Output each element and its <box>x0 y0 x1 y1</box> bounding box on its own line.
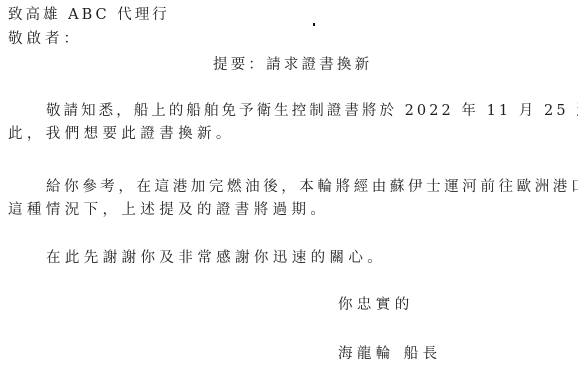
paragraph-1-line-1: 敬請知悉，船上的船舶免予衛生控制證書將於 2022 年 11 月 25 過期，在 <box>46 103 578 119</box>
salutation-line: 敬啟者： <box>8 31 82 47</box>
recipient-line: 致高雄 ABC 代理行 <box>8 7 170 23</box>
paragraph-2-line-1: 給你參考，在這港加完燃油後，本輪將經由蘇伊士運河前往歐洲港口。在 <box>46 179 578 195</box>
paragraph-1-line-2: 此，我們想要此證書換新。 <box>8 126 235 142</box>
stray-mark <box>313 23 315 26</box>
signature-line: 海龍輪 船長 <box>338 346 442 362</box>
subject-line: 提要：請求證書換新 <box>213 57 372 73</box>
closing-line: 你忠實的 <box>338 297 414 313</box>
paragraph-2-line-2: 這種情況下，上述提及的證書將過期。 <box>8 202 329 218</box>
paragraph-3-line-1: 在此先謝謝你及非常感謝你迅速的關心。 <box>46 250 386 266</box>
